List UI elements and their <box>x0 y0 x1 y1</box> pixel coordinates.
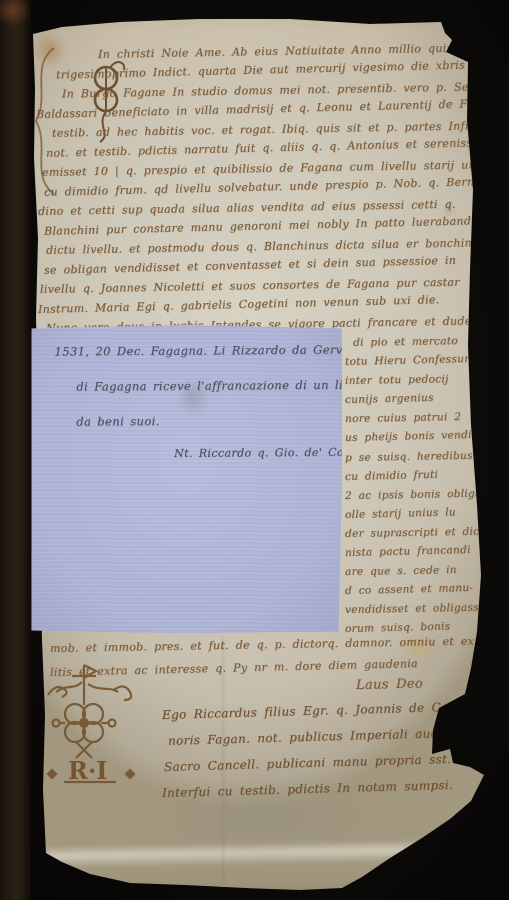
vertical-crease <box>222 636 224 884</box>
manuscript-line: d co assent et manu- <box>345 579 485 602</box>
manuscript-line: der suprascripti et dict <box>345 522 485 544</box>
manuscript-line: testib. ad hec habitis voc. et rogat. Ib… <box>36 116 476 143</box>
manuscript-line: emisset 10 | q. prespio et quibilissio d… <box>36 155 476 182</box>
manuscript-text-block: In christi Noie Ame. Ab eius Natiuitate … <box>36 46 476 339</box>
manuscript-line: Ego Riccardus filius Egr. q. Joannis de … <box>162 693 493 728</box>
note-line: da beni suoi. <box>76 414 160 429</box>
manuscript-line: nore cuius patrui 2 <box>345 408 485 430</box>
manuscript-line: not. et testib. pdictis narratu fuit q. … <box>36 133 476 163</box>
manuscript-line: In christi Noie Ame. Ab eius Natiuitate … <box>36 38 476 65</box>
manuscript-line: dictu livellu. et postmodu dous q. Blanc… <box>36 233 476 260</box>
manuscript-right-column: di pio et mercato totu Hieru Confessur i… <box>345 334 485 640</box>
manuscript-line: vendidisset et obligasset <box>345 599 485 621</box>
archivist-note: 1531, 20 Dec. Fagagna. Li Rizzardo da Ge… <box>29 324 342 633</box>
manuscript-line: 2 ac ipsis bonis obligan <box>345 484 485 506</box>
manuscript-line: Instrum. Maria Egi q. gabrielis Cogetini… <box>36 289 476 319</box>
notary-sign-icon: R·I <box>44 662 139 787</box>
fold-crease-band <box>45 840 430 869</box>
manuscript-line: litis et extra ac interesse q. Py nr m. … <box>50 650 480 684</box>
manuscript-line: totu Hieru Confessur <box>345 350 485 373</box>
book-binding-strip <box>0 0 31 900</box>
manuscript-line: cu dimidio fruti <box>345 464 485 487</box>
laus-deo-inscription: Laus Deo <box>356 676 423 693</box>
manuscript-line: olle starij unius lu <box>345 502 485 525</box>
manuscript-line: cu dimidio frum. qd livellu solvebatur. … <box>36 172 476 202</box>
manuscript-line: cunijs argenius <box>345 388 485 411</box>
manuscript-line: orum suisq. bonis <box>345 617 485 640</box>
notary-subscription-block: Ego Riccardus filius Egr. q. Joannis de … <box>162 702 492 806</box>
manuscript-line: In Burgo Fagane In studio domus mei not.… <box>36 77 476 104</box>
scanned-document-page: In christi Noie Ame. Ab eius Natiuitate … <box>0 0 509 900</box>
manuscript-line: inter totu pedocij <box>345 370 485 392</box>
manuscript-line: p se suisq. heredibus <box>345 446 485 468</box>
binding-corner-stain <box>0 0 30 26</box>
manuscript-line: trigesimoprimo Indict. quarta Die aut me… <box>36 55 476 85</box>
manuscript-line: Blanchini pur constare manu genoroni mei… <box>36 211 476 241</box>
manuscript-line: nista pactu francandi <box>345 541 485 564</box>
manuscript-line: di pio et mercato <box>345 332 485 354</box>
manuscript-line: Baldassari beneficiato in villa madrisij… <box>36 94 476 124</box>
invocation-paraph-icon <box>86 56 128 148</box>
svg-text:R·I: R·I <box>68 756 108 785</box>
note-line: di Fagagna riceve l'affrancazione di un … <box>76 378 372 394</box>
water-stain <box>150 768 380 863</box>
manuscript-line: se obligan vendidisset et conventasset e… <box>36 250 476 280</box>
rust-spot <box>444 206 453 215</box>
manuscript-line: noris Fagan. not. publicus Imperiali auc… <box>162 719 493 754</box>
manuscript-line: mob. et immob. pres. et fut. de q. p. di… <box>50 629 480 661</box>
manuscript-line: dino et cetti sup quada silua alias vend… <box>36 194 476 221</box>
manuscript-closing-lines: mob. et immob. pres. et fut. de q. p. di… <box>50 637 480 685</box>
corner-stain <box>34 32 66 68</box>
yellow-stain <box>398 634 438 662</box>
manuscript-line: Interfui cu testib. pdictis In notam sum… <box>162 771 493 806</box>
manuscript-line: are que s. cede in <box>345 561 485 583</box>
manuscript-line: us pheijs bonis vendidi <box>345 426 485 449</box>
manuscript-line: Sacro Cancell. publicani manu propria ss… <box>162 745 493 780</box>
note-line: 1531, 20 Dec. Fagagna. Li Rizzardo da Ge… <box>54 342 367 358</box>
manuscript-line: livellu q. Joannes Nicoletti et suos con… <box>36 272 476 299</box>
